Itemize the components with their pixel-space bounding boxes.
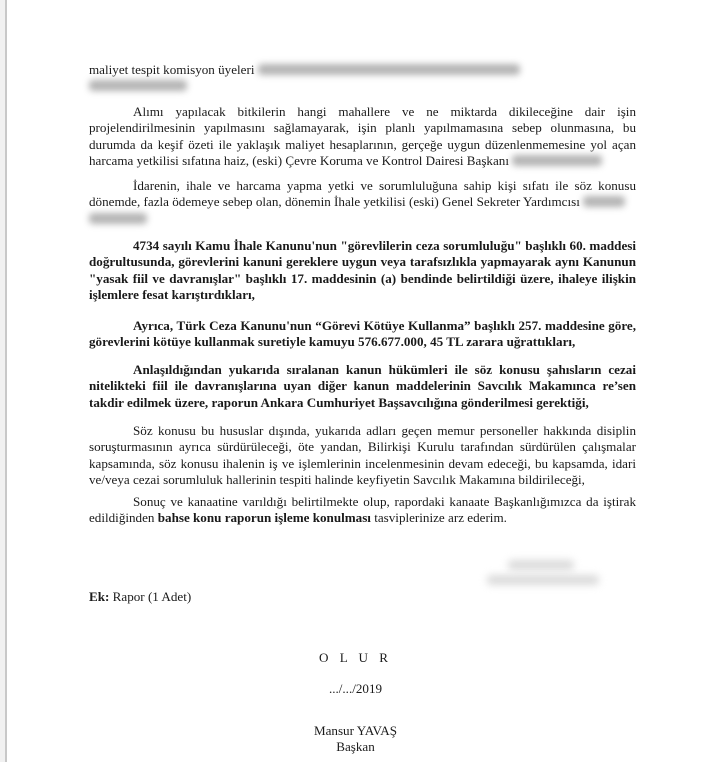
attachment-line: Ek: Rapor (1 Adet) <box>89 589 191 605</box>
approval-date: .../.../2019 <box>0 681 711 697</box>
redacted-signature-name <box>508 560 574 570</box>
paragraph-text: maliyet tespit komisyon üyeleri <box>89 62 254 77</box>
paragraph-prosecution: Anlaşıldığından yukarıda sıralanan kanun… <box>89 362 636 411</box>
paragraph-text: Ayrıca, Türk Ceza Kanunu'nun “Görevi Köt… <box>89 318 636 349</box>
paragraph-text: İdarenin, ihale ve harcama yapma yetki v… <box>89 178 636 209</box>
paragraph-penal-code: Ayrıca, Türk Ceza Kanunu'nun “Görevi Köt… <box>89 318 636 351</box>
attachment-label: Ek: <box>89 589 109 604</box>
paragraph-commission-members: maliyet tespit komisyon üyeleri <box>89 62 636 95</box>
approval-olur: O L U R <box>0 650 711 666</box>
redacted-name <box>512 155 602 166</box>
paragraph-disciplinary: Söz konusu bu hususlar dışında, yukarıda… <box>89 423 636 488</box>
paragraph-bold-text: bahse konu raporun işleme konulması <box>158 510 371 525</box>
attachment-value: Rapor (1 Adet) <box>113 589 192 604</box>
paragraph-text: Anlaşıldığından yukarıda sıralanan kanun… <box>89 362 636 410</box>
redacted-names-cont <box>89 80 187 91</box>
paragraph-conclusion: Sonuç ve kanaatine varıldığı belirtilmek… <box>89 494 636 527</box>
redacted-signature-title <box>487 575 599 585</box>
paragraph-text: 4734 sayılı Kamu İhale Kanunu'nun "görev… <box>89 238 636 302</box>
paragraph-text-end: tasviplerinize arz ederim. <box>371 510 507 525</box>
paragraph-authority: İdarenin, ihale ve harcama yapma yetki v… <box>89 178 636 227</box>
signatory-name: Mansur YAVAŞ <box>0 723 711 739</box>
page-edge-line <box>5 0 7 762</box>
paragraph-text: Söz konusu bu hususlar dışında, yukarıda… <box>89 423 636 487</box>
paragraph-law-4734: 4734 sayılı Kamu İhale Kanunu'nun "görev… <box>89 238 636 303</box>
paragraph-planning: Alımı yapılacak bitkilerin hangi mahalle… <box>89 104 636 169</box>
signatory-title: Başkan <box>0 739 711 755</box>
redacted-name <box>583 196 625 207</box>
redacted-names <box>258 64 520 75</box>
redacted-name-cont <box>89 213 147 224</box>
